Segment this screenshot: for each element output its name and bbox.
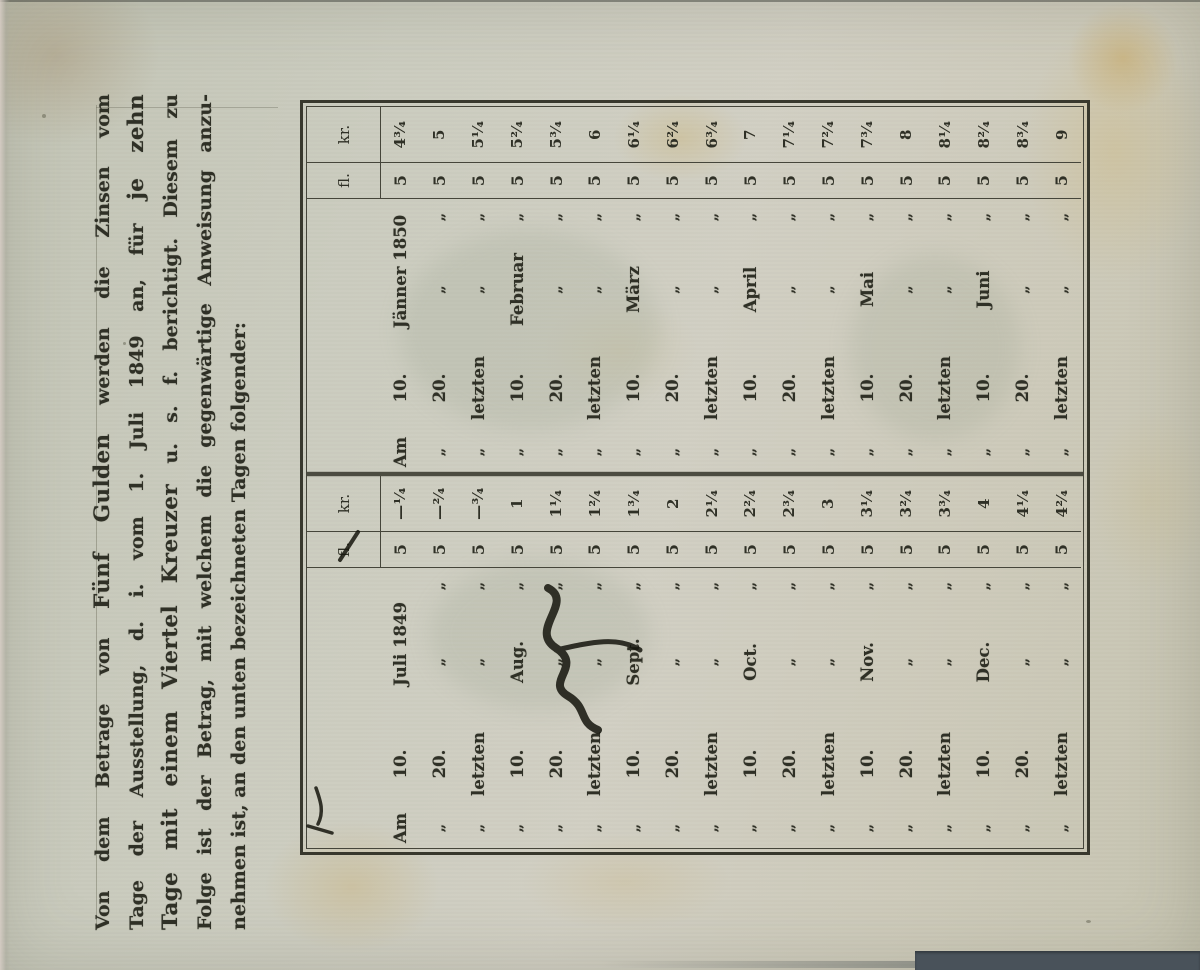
year-ditto-mark: „ bbox=[625, 199, 643, 235]
florin-value: 5 bbox=[1042, 163, 1081, 199]
date-cell: „20.„„ bbox=[420, 199, 459, 472]
ditto-mark: „ bbox=[819, 604, 837, 720]
day-label: 20. bbox=[897, 720, 916, 808]
florin-column-header: fl. bbox=[307, 532, 381, 568]
date-cell: „20.„„ bbox=[653, 568, 692, 848]
ditto-mark: „ bbox=[741, 432, 759, 472]
ditto-mark: „ bbox=[780, 604, 798, 720]
year-ditto-mark: „ bbox=[975, 199, 993, 235]
ditto-mark: „ bbox=[897, 808, 915, 848]
florin-value: 5 bbox=[848, 163, 887, 199]
date-cell: „20.„„ bbox=[1003, 568, 1042, 848]
ditto-mark: „ bbox=[547, 808, 565, 848]
florin-value: 5 bbox=[1003, 532, 1042, 568]
kreuzer-value: —²⁄₄ bbox=[420, 476, 459, 532]
ditto-mark: „ bbox=[1014, 432, 1032, 472]
year-ditto-mark: „ bbox=[819, 199, 837, 235]
emphasized-text: Tage mit einem Viertel Kreuzer bbox=[158, 484, 183, 930]
date-cell: „letzten„„ bbox=[692, 199, 731, 472]
interest-table-inner-border: fl. kr. Am10.Juli 18495—¹⁄₄„20.„„5—²⁄₄„l… bbox=[306, 106, 1084, 849]
year-ditto-mark: „ bbox=[508, 199, 526, 235]
florin-value: 5 bbox=[498, 163, 537, 199]
intro-line-4: Folge ist der Betrag, mit welchem die ge… bbox=[188, 94, 222, 930]
date-cell: „10.Mai„ bbox=[848, 199, 887, 472]
day-label: letzten bbox=[469, 720, 488, 808]
florin-value: 5 bbox=[809, 532, 848, 568]
kreuzer-value: 3 bbox=[809, 476, 848, 532]
florin-value: 5 bbox=[381, 163, 420, 199]
day-label: 10. bbox=[624, 344, 643, 432]
body-text: Von dem Betrage von bbox=[92, 609, 114, 930]
scanned-document-page: Von dem Betrage von Fünf Gulden werden d… bbox=[0, 0, 1200, 970]
table-halves-divider bbox=[307, 472, 1083, 476]
kreuzer-value: 5 bbox=[420, 107, 459, 163]
kreuzer-value: 1 bbox=[498, 476, 537, 532]
date-cell: „letzten„„ bbox=[1042, 199, 1081, 472]
date-cell: „20.„„ bbox=[420, 568, 459, 848]
day-label: 10. bbox=[508, 344, 527, 432]
am-label: Am bbox=[391, 808, 410, 848]
florin-value: 5 bbox=[614, 163, 653, 199]
date-cell: „letzten„„ bbox=[459, 568, 498, 848]
day-label: letzten bbox=[585, 720, 604, 808]
florin-value: 5 bbox=[537, 532, 576, 568]
month-label: Sept. bbox=[624, 604, 643, 720]
day-label: 10. bbox=[391, 344, 410, 432]
day-label: 10. bbox=[624, 720, 643, 808]
ditto-mark: „ bbox=[430, 808, 448, 848]
year-ditto-mark: „ bbox=[1053, 568, 1071, 604]
year-ditto-mark: „ bbox=[780, 199, 798, 235]
year-ditto-mark: „ bbox=[1014, 568, 1032, 604]
ditto-mark: „ bbox=[508, 808, 526, 848]
year-ditto-mark: „ bbox=[1053, 199, 1071, 235]
kreuzer-value: 3¹⁄₄ bbox=[848, 476, 887, 532]
day-label: 10. bbox=[508, 720, 527, 808]
year-ditto-mark: „ bbox=[547, 568, 565, 604]
kreuzer-value: 1²⁄₄ bbox=[575, 476, 614, 532]
kreuzer-value: 1¹⁄₄ bbox=[537, 476, 576, 532]
emphasized-text: Fünf Gulden bbox=[90, 433, 115, 609]
date-cell: „letzten„„ bbox=[459, 199, 498, 472]
year-ditto-mark: „ bbox=[780, 568, 798, 604]
date-cell: „10.Oct.„ bbox=[731, 568, 770, 848]
year-ditto-mark: „ bbox=[664, 568, 682, 604]
florin-value: 5 bbox=[537, 163, 576, 199]
ditto-mark: „ bbox=[936, 235, 954, 344]
date-cell: „20.„„ bbox=[887, 568, 926, 848]
ditto-mark: „ bbox=[897, 432, 915, 472]
florin-value: 5 bbox=[420, 532, 459, 568]
body-text: nehmen ist, an den unten bezeichneten Ta… bbox=[228, 322, 250, 930]
florin-value: 5 bbox=[498, 532, 537, 568]
year-ditto-mark: „ bbox=[741, 199, 759, 235]
kreuzer-value: 5¹⁄₄ bbox=[459, 107, 498, 163]
kreuzer-value: 2 bbox=[653, 476, 692, 532]
day-label: 10. bbox=[858, 720, 877, 808]
florin-value: 5 bbox=[692, 163, 731, 199]
day-label: 20. bbox=[547, 344, 566, 432]
year-ditto-mark: „ bbox=[703, 199, 721, 235]
florin-value: 5 bbox=[770, 532, 809, 568]
month-label: April bbox=[741, 235, 760, 344]
month-label: Dec. bbox=[974, 604, 993, 720]
kreuzer-value: —³⁄₄ bbox=[459, 476, 498, 532]
florin-value: 5 bbox=[731, 532, 770, 568]
month-label: Oct. bbox=[741, 604, 760, 720]
florin-value: 5 bbox=[575, 532, 614, 568]
ditto-mark: „ bbox=[469, 432, 487, 472]
month-label: Mai bbox=[858, 235, 877, 344]
month-label: Jänner 1850 bbox=[391, 199, 410, 344]
florin-value: 5 bbox=[925, 532, 964, 568]
ditto-mark: „ bbox=[780, 808, 798, 848]
year-ditto-mark: „ bbox=[430, 568, 448, 604]
kreuzer-value: 4 bbox=[964, 476, 1003, 532]
ditto-mark: „ bbox=[703, 604, 721, 720]
ditto-mark: „ bbox=[469, 604, 487, 720]
date-cell: „10.Aug.„ bbox=[498, 568, 537, 848]
date-cell: „10.Dec.„ bbox=[964, 568, 1003, 848]
ditto-mark: „ bbox=[1053, 235, 1071, 344]
ditto-mark: „ bbox=[430, 604, 448, 720]
year-ditto-mark: „ bbox=[975, 568, 993, 604]
day-label: 20. bbox=[897, 344, 916, 432]
date-cell: „20.„„ bbox=[537, 568, 576, 848]
kreuzer-value: 3²⁄₄ bbox=[887, 476, 926, 532]
year-ditto-mark: „ bbox=[897, 199, 915, 235]
florin-value: 5 bbox=[770, 163, 809, 199]
year-ditto-mark: „ bbox=[625, 568, 643, 604]
day-label: 20. bbox=[780, 720, 799, 808]
florin-value: 5 bbox=[964, 532, 1003, 568]
ditto-mark: „ bbox=[897, 604, 915, 720]
kreuzer-value: 2¹⁄₄ bbox=[692, 476, 731, 532]
florin-value: 5 bbox=[420, 163, 459, 199]
kreuzer-value: 4¹⁄₄ bbox=[1003, 476, 1042, 532]
day-label: 20. bbox=[663, 344, 682, 432]
ditto-mark: „ bbox=[664, 432, 682, 472]
intro-line-5: nehmen ist, an den unten bezeichneten Ta… bbox=[222, 94, 256, 930]
ditto-mark: „ bbox=[430, 432, 448, 472]
day-label: letzten bbox=[702, 344, 721, 432]
day-label: letzten bbox=[702, 720, 721, 808]
ditto-mark: „ bbox=[1053, 432, 1071, 472]
kreuzer-value: 7¹⁄₄ bbox=[770, 107, 809, 163]
year-ditto-mark: „ bbox=[858, 199, 876, 235]
date-cell: „letzten„„ bbox=[925, 568, 964, 848]
date-cell: „20.„„ bbox=[770, 568, 809, 848]
ditto-mark: „ bbox=[780, 235, 798, 344]
date-cell: „letzten„„ bbox=[1042, 568, 1081, 848]
year-ditto-mark: „ bbox=[741, 568, 759, 604]
body-text: Tage der Ausstellung, d. i. vom 1. Juli … bbox=[126, 200, 148, 930]
florin-value: 5 bbox=[381, 532, 420, 568]
kreuzer-value: 7²⁄₄ bbox=[809, 107, 848, 163]
day-label: 20. bbox=[1013, 720, 1032, 808]
ditto-mark: „ bbox=[586, 432, 604, 472]
day-label: 10. bbox=[741, 720, 760, 808]
year-ditto-mark: „ bbox=[430, 199, 448, 235]
year-ditto-mark: „ bbox=[936, 199, 954, 235]
kreuzer-value: 2³⁄₄ bbox=[770, 476, 809, 532]
month-label: Juni bbox=[974, 235, 993, 344]
ditto-mark: „ bbox=[703, 235, 721, 344]
table-half-jan-jun-1850: fl. kr. Am10.Jänner 185054³⁄₄„20.„„55„le… bbox=[307, 107, 1083, 472]
date-cell: Am10.Juli 1849 bbox=[381, 568, 420, 848]
year-ditto-mark: „ bbox=[586, 568, 604, 604]
florin-value: 5 bbox=[692, 532, 731, 568]
florin-value: 5 bbox=[731, 163, 770, 199]
kreuzer-value: 8 bbox=[887, 107, 926, 163]
day-label: 20. bbox=[780, 344, 799, 432]
date-cell: „20.„„ bbox=[1003, 199, 1042, 472]
ditto-mark: „ bbox=[1014, 604, 1032, 720]
florin-value: 5 bbox=[614, 532, 653, 568]
year-ditto-mark: „ bbox=[936, 568, 954, 604]
day-label: 10. bbox=[858, 344, 877, 432]
year-ditto-mark: „ bbox=[508, 568, 526, 604]
date-cell: „20.„„ bbox=[887, 199, 926, 472]
kreuzer-value: 4³⁄₄ bbox=[381, 107, 420, 163]
date-cell: „10.April„ bbox=[731, 199, 770, 472]
ditto-mark: „ bbox=[508, 432, 526, 472]
date-header-cell bbox=[307, 199, 381, 472]
year-ditto-mark: „ bbox=[586, 199, 604, 235]
ditto-mark: „ bbox=[586, 235, 604, 344]
florin-value: 5 bbox=[459, 163, 498, 199]
ditto-mark: „ bbox=[469, 808, 487, 848]
day-label: 20. bbox=[430, 720, 449, 808]
ditto-mark: „ bbox=[1014, 808, 1032, 848]
kreuzer-value: 1³⁄₄ bbox=[614, 476, 653, 532]
year-ditto-mark: „ bbox=[858, 568, 876, 604]
day-label: letzten bbox=[469, 344, 488, 432]
year-ditto-mark: „ bbox=[469, 199, 487, 235]
kreuzer-column-header: kr. bbox=[307, 476, 381, 532]
year-ditto-mark: „ bbox=[664, 199, 682, 235]
date-cell: „10.Sept.„ bbox=[614, 568, 653, 848]
kreuzer-value: 6¹⁄₄ bbox=[614, 107, 653, 163]
day-label: 10. bbox=[741, 344, 760, 432]
emphasized-text: je zehn bbox=[124, 94, 149, 200]
kreuzer-value: 2²⁄₄ bbox=[731, 476, 770, 532]
florin-value: 5 bbox=[459, 532, 498, 568]
ditto-mark: „ bbox=[547, 604, 565, 720]
intro-line-1: Von dem Betrage von Fünf Gulden werden d… bbox=[86, 94, 120, 930]
ditto-mark: „ bbox=[469, 235, 487, 344]
year-ditto-mark: „ bbox=[469, 568, 487, 604]
ditto-mark: „ bbox=[1053, 604, 1071, 720]
kreuzer-column-header: kr. bbox=[307, 107, 381, 163]
date-cell: „10.Nov.„ bbox=[848, 568, 887, 848]
day-label: letzten bbox=[819, 720, 838, 808]
florin-value: 5 bbox=[1042, 532, 1081, 568]
day-label: letzten bbox=[819, 344, 838, 432]
ditto-mark: „ bbox=[819, 808, 837, 848]
month-label: Februar bbox=[508, 235, 527, 344]
date-cell: „letzten„„ bbox=[809, 568, 848, 848]
rotated-print-area: Von dem Betrage von Fünf Gulden werden d… bbox=[0, 0, 1200, 970]
kreuzer-value: 6²⁄₄ bbox=[653, 107, 692, 163]
date-cell: „letzten„„ bbox=[575, 568, 614, 848]
ditto-mark: „ bbox=[664, 808, 682, 848]
year-ditto-mark: „ bbox=[819, 568, 837, 604]
date-cell: „20.„„ bbox=[653, 199, 692, 472]
ditto-mark: „ bbox=[625, 808, 643, 848]
florin-value: 5 bbox=[1003, 163, 1042, 199]
florin-value: 5 bbox=[925, 163, 964, 199]
day-label: 20. bbox=[663, 720, 682, 808]
kreuzer-value: 8³⁄₄ bbox=[1003, 107, 1042, 163]
kreuzer-value: 6 bbox=[575, 107, 614, 163]
date-cell: „10.März„ bbox=[614, 199, 653, 472]
body-text: werden die Zinsen vom bbox=[92, 94, 114, 433]
date-cell: „letzten„„ bbox=[575, 199, 614, 472]
kreuzer-value: 7 bbox=[731, 107, 770, 163]
florin-column-header: fl. bbox=[307, 163, 381, 199]
scan-edge-bottom-shadow bbox=[600, 961, 930, 968]
ditto-mark: „ bbox=[936, 808, 954, 848]
date-cell: „letzten„„ bbox=[692, 568, 731, 848]
day-label: 10. bbox=[974, 720, 993, 808]
florin-value: 5 bbox=[887, 532, 926, 568]
florin-value: 5 bbox=[887, 163, 926, 199]
kreuzer-value: —¹⁄₄ bbox=[381, 476, 420, 532]
florin-value: 5 bbox=[809, 163, 848, 199]
florin-value: 5 bbox=[653, 163, 692, 199]
ditto-mark: „ bbox=[547, 235, 565, 344]
month-label: Nov. bbox=[858, 604, 877, 720]
ditto-mark: „ bbox=[625, 432, 643, 472]
date-header-cell bbox=[307, 568, 381, 848]
month-label: Aug. bbox=[508, 604, 527, 720]
ditto-mark: „ bbox=[547, 432, 565, 472]
body-text: u. s. f. berichtigt. Diesem zu bbox=[160, 94, 182, 484]
ditto-mark: „ bbox=[858, 432, 876, 472]
ditto-mark: „ bbox=[664, 235, 682, 344]
body-text: Folge ist der Betrag, mit welchem die ge… bbox=[194, 94, 216, 930]
ditto-mark: „ bbox=[936, 604, 954, 720]
kreuzer-value: 7³⁄₄ bbox=[848, 107, 887, 163]
ditto-mark: „ bbox=[936, 432, 954, 472]
ditto-mark: „ bbox=[897, 235, 915, 344]
ditto-mark: „ bbox=[819, 432, 837, 472]
kreuzer-value: 6³⁄₄ bbox=[692, 107, 731, 163]
ditto-mark: „ bbox=[1014, 235, 1032, 344]
kreuzer-value: 8¹⁄₄ bbox=[925, 107, 964, 163]
day-label: 10. bbox=[391, 720, 410, 808]
ditto-mark: „ bbox=[703, 808, 721, 848]
year-ditto-mark: „ bbox=[703, 568, 721, 604]
year-ditto-mark: „ bbox=[897, 568, 915, 604]
kreuzer-value: 5³⁄₄ bbox=[537, 107, 576, 163]
date-cell: Am10.Jänner 1850 bbox=[381, 199, 420, 472]
year-ditto-mark: „ bbox=[547, 199, 565, 235]
ditto-mark: „ bbox=[1053, 808, 1071, 848]
ditto-mark: „ bbox=[741, 808, 759, 848]
day-label: letzten bbox=[935, 344, 954, 432]
am-label: Am bbox=[391, 432, 410, 472]
day-label: letzten bbox=[585, 344, 604, 432]
month-label: Juli 1849 bbox=[391, 568, 410, 720]
interest-table-box: fl. kr. Am10.Juli 18495—¹⁄₄„20.„„5—²⁄₄„l… bbox=[300, 100, 1090, 855]
year-ditto-mark: „ bbox=[1014, 199, 1032, 235]
ditto-mark: „ bbox=[819, 235, 837, 344]
ditto-mark: „ bbox=[586, 604, 604, 720]
kreuzer-value: 5²⁄₄ bbox=[498, 107, 537, 163]
ditto-mark: „ bbox=[975, 808, 993, 848]
kreuzer-value: 3³⁄₄ bbox=[925, 476, 964, 532]
ditto-mark: „ bbox=[780, 432, 798, 472]
florin-value: 5 bbox=[964, 163, 1003, 199]
date-cell: „10.Februar„ bbox=[498, 199, 537, 472]
ditto-mark: „ bbox=[703, 432, 721, 472]
intro-line-2: Tage der Ausstellung, d. i. vom 1. Juli … bbox=[120, 94, 154, 930]
date-cell: „letzten„„ bbox=[925, 199, 964, 472]
day-label: 20. bbox=[430, 344, 449, 432]
date-cell: „letzten„„ bbox=[809, 199, 848, 472]
table-half-jul-dec-1849: fl. kr. Am10.Juli 18495—¹⁄₄„20.„„5—²⁄₄„l… bbox=[307, 476, 1083, 848]
ditto-mark: „ bbox=[975, 432, 993, 472]
ditto-mark: „ bbox=[664, 604, 682, 720]
scan-background-band bbox=[915, 951, 1200, 970]
day-label: letzten bbox=[1052, 344, 1071, 432]
date-cell: „10.Juni„ bbox=[964, 199, 1003, 472]
day-label: 20. bbox=[547, 720, 566, 808]
day-label: 20. bbox=[1013, 344, 1032, 432]
kreuzer-value: 8²⁄₄ bbox=[964, 107, 1003, 163]
ditto-mark: „ bbox=[586, 808, 604, 848]
intro-paragraph: Von dem Betrage von Fünf Gulden werden d… bbox=[86, 94, 256, 930]
florin-value: 5 bbox=[575, 163, 614, 199]
ditto-mark: „ bbox=[858, 808, 876, 848]
day-label: 10. bbox=[974, 344, 993, 432]
florin-value: 5 bbox=[653, 532, 692, 568]
kreuzer-value: 9 bbox=[1042, 107, 1081, 163]
intro-line-3: Tage mit einem Viertel Kreuzer u. s. f. … bbox=[154, 94, 188, 930]
day-label: letzten bbox=[1052, 720, 1071, 808]
day-label: letzten bbox=[935, 720, 954, 808]
month-label: März bbox=[624, 235, 643, 344]
kreuzer-value: 4²⁄₄ bbox=[1042, 476, 1081, 532]
date-cell: „20.„„ bbox=[770, 199, 809, 472]
florin-value: 5 bbox=[848, 532, 887, 568]
ditto-mark: „ bbox=[430, 235, 448, 344]
date-cell: „20.„„ bbox=[537, 199, 576, 472]
